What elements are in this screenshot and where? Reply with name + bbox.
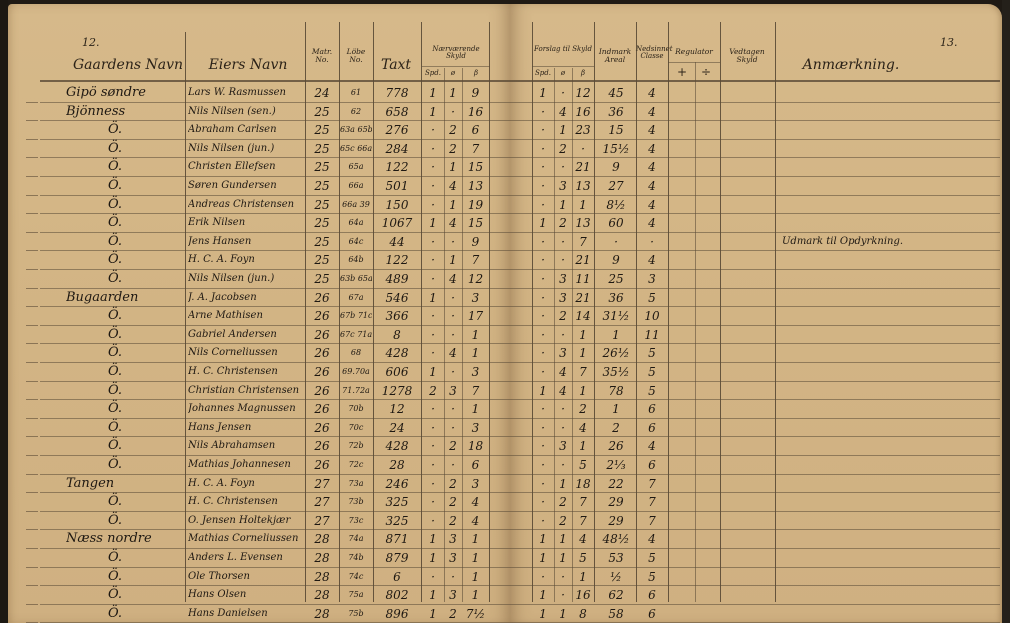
remark-cell [782,381,992,401]
matrikel-no-cell: 27 [306,492,338,512]
class-cell: 6 [636,604,668,623]
header-taxt: Taxt [372,58,420,73]
class-cell: 4 [636,529,668,549]
matrikel-no-cell: 25 [306,232,338,252]
owner-name-cell: Hans Jensen [188,418,304,438]
class-cell: 6 [636,455,668,475]
proposed-sp-cell: · [532,195,554,215]
lobe-no-cell: 64c [340,232,372,252]
header-current-skilling: β [462,70,490,77]
class-cell: 4 [636,83,668,103]
margin-tick [26,157,38,158]
class-cell: 5 [636,567,668,587]
proposed-ort-cell: 1 [554,120,572,140]
current-ort-cell: 4 [444,176,462,196]
current-skilling-cell: 13 [462,176,489,196]
proposed-ort-cell: 1 [554,548,572,568]
lobe-no-cell: 72c [340,455,372,475]
class-cell: 6 [636,399,668,419]
matrikel-no-cell: 28 [306,548,338,568]
remark-cell [782,120,992,140]
class-cell: 4 [636,213,668,233]
proposed-skilling-cell: 18 [572,474,594,494]
taxt-cell: 428 [374,343,420,363]
farm-name-cell: Ö. [66,548,184,568]
proposed-ort-cell: 4 [554,381,572,401]
owner-name-cell: Nils Nilsen (sen.) [188,102,304,122]
farm-name-cell: Gipö søndre [66,83,184,103]
current-ort-cell: · [444,567,462,587]
current-skilling-cell: 12 [462,269,489,289]
owner-name-cell: Nils Abrahamsen [188,436,304,456]
proposed-ort-cell: 2 [554,139,572,159]
taxt-cell: 8 [374,325,420,345]
binding-edge-left [0,0,8,623]
margin-tick [26,604,38,605]
current-sp-cell: · [422,306,444,326]
farm-name-cell: Ö. [66,343,184,363]
farm-name-cell: Ö. [66,139,184,159]
class-cell: 5 [636,381,668,401]
current-sp-cell: 1 [422,585,444,605]
infield-area-cell: 58 [596,604,636,623]
class-cell: 5 [636,288,668,308]
header-current-ort: ø [444,70,462,77]
taxt-cell: 896 [374,604,420,623]
infield-area-cell: 31½ [596,306,636,326]
farm-name-cell: Ö. [66,381,184,401]
infield-area-cell: 1 [596,399,636,419]
remark-cell [782,325,992,345]
farm-name-cell: Ö. [66,604,184,623]
farm-name-cell: Ö. [66,213,184,233]
lobe-no-cell: 61 [340,83,372,103]
proposed-ort-cell: 4 [554,102,572,122]
proposed-skilling-cell: 1 [572,436,594,456]
remark-cell [782,567,992,587]
class-cell: 4 [636,120,668,140]
matrikel-no-cell: 25 [306,139,338,159]
matrikel-no-cell: 28 [306,567,338,587]
current-sp-cell: 1 [422,529,444,549]
taxt-cell: 1067 [374,213,420,233]
matrikel-no-cell: 28 [306,585,338,605]
proposed-ort-cell: 2 [554,511,572,531]
infield-area-cell: ½ [596,567,636,587]
matrikel-no-cell: 26 [306,362,338,382]
proposed-ort-cell: 2 [554,213,572,233]
owner-name-cell: Søren Gundersen [188,176,304,196]
current-sp-cell: · [422,139,444,159]
owner-name-cell: Hans Danielsen [188,604,304,623]
current-skilling-cell: 1 [462,325,489,345]
farm-name-cell: Ö. [66,436,184,456]
remark-cell [782,176,992,196]
current-sp-cell: · [422,343,444,363]
proposed-skilling-cell: 11 [572,269,594,289]
matrikel-no-cell: 26 [306,399,338,419]
current-skilling-cell: 7 [462,381,489,401]
farm-name-cell: Ö. [66,567,184,587]
owner-name-cell: Arne Mathisen [188,306,304,326]
matrikel-no-cell: 26 [306,343,338,363]
owner-name-cell: H. C. A. Foyn [188,250,304,270]
margin-tick [26,250,38,251]
infield-area-cell: 45 [596,83,636,103]
infield-area-cell: 26½ [596,343,636,363]
lobe-no-cell: 67a [340,288,372,308]
proposed-sp-cell: · [532,139,554,159]
header-current-sp: Spd. [422,70,444,77]
current-sp-cell: · [422,455,444,475]
infield-area-cell: 8½ [596,195,636,215]
proposed-ort-cell: 2 [554,306,572,326]
proposed-ort-cell: 1 [554,474,572,494]
margin-tick [26,120,38,121]
proposed-sp-cell: 1 [532,604,554,623]
remark-cell [782,83,992,103]
class-cell: 7 [636,511,668,531]
infield-area-cell: 48½ [596,529,636,549]
header-remarks: Anmærkning. [776,58,926,73]
taxt-cell: 325 [374,511,420,531]
current-sp-cell: · [422,418,444,438]
margin-tick [26,325,38,326]
owner-name-cell: Lars W. Rasmussen [188,83,304,103]
current-sp-cell: 1 [422,548,444,568]
farm-name-cell: Ö. [66,250,184,270]
matrikel-no-cell: 28 [306,604,338,623]
farm-name-cell: Ö. [66,176,184,196]
lobe-no-cell: 70b [340,399,372,419]
farm-name-cell: Ö. [66,399,184,419]
current-skilling-cell: 18 [462,436,489,456]
class-cell: 4 [636,102,668,122]
taxt-cell: 802 [374,585,420,605]
current-skilling-cell: 7 [462,139,489,159]
remark-cell [782,529,992,549]
current-ort-cell: 3 [444,381,462,401]
infield-area-cell: 26 [596,436,636,456]
matrikel-no-cell: 25 [306,120,338,140]
proposed-skilling-cell: 13 [572,176,594,196]
owner-name-cell: Erik Nilsen [188,213,304,233]
header-proposed-ort: ø [554,70,572,77]
remark-cell [782,436,992,456]
proposed-ort-cell: 1 [554,604,572,623]
current-ort-cell: · [444,102,462,122]
class-cell: 4 [636,176,668,196]
class-cell: 7 [636,474,668,494]
current-ort-cell: 1 [444,157,462,177]
lobe-no-cell: 67b 71c 72a [340,306,372,326]
current-skilling-cell: 3 [462,362,489,382]
current-sp-cell: · [422,176,444,196]
proposed-ort-cell: · [554,157,572,177]
remark-cell [782,288,992,308]
header-class: Nedsinnet Classe [636,46,668,61]
current-sp-cell: · [422,195,444,215]
proposed-ort-cell: 3 [554,176,572,196]
class-cell: 4 [636,157,668,177]
proposed-ort-cell: · [554,585,572,605]
column-rule [489,22,490,602]
matrikel-no-cell: 26 [306,288,338,308]
current-skilling-cell: 15 [462,213,489,233]
current-ort-cell: · [444,325,462,345]
header-proposed-skilling: β [572,70,594,77]
lobe-no-cell: 75b [340,604,372,623]
column-rule [720,22,721,602]
remark-cell [782,585,992,605]
proposed-sp-cell: · [532,343,554,363]
current-sp-cell: 1 [422,362,444,382]
owner-name-cell: J. A. Jacobsen [188,288,304,308]
current-skilling-cell: 1 [462,343,489,363]
header-matrikel-no: Matr. No. [306,48,338,64]
current-skilling-cell: 1 [462,585,489,605]
matrikel-no-cell: 27 [306,511,338,531]
current-skilling-cell: 9 [462,232,489,252]
margin-tick [26,362,38,363]
current-ort-cell: · [444,455,462,475]
infield-area-cell: 35½ [596,362,636,382]
proposed-skilling-cell: 21 [572,288,594,308]
infield-area-cell: 2 [596,418,636,438]
infield-area-cell: 2⅓ [596,455,636,475]
current-sp-cell: · [422,567,444,587]
current-ort-cell: 2 [444,604,462,623]
current-ort-cell: · [444,399,462,419]
matrikel-no-cell: 25 [306,102,338,122]
proposed-sp-cell: · [532,325,554,345]
current-sp-cell: 1 [422,604,444,623]
class-cell: 6 [636,418,668,438]
current-ort-cell: · [444,288,462,308]
lobe-no-cell: 64b [340,250,372,270]
proposed-skilling-cell: 5 [572,455,594,475]
farm-name-cell: Ö. [66,418,184,438]
taxt-cell: 871 [374,529,420,549]
farm-name-cell: Ö. [66,325,184,345]
proposed-sp-cell: · [532,492,554,512]
taxt-cell: 366 [374,306,420,326]
farm-name-cell: Ö. [66,585,184,605]
proposed-ort-cell: 3 [554,288,572,308]
taxt-cell: 122 [374,157,420,177]
subheader-divider [668,62,720,63]
header-plus: + [672,66,692,79]
margin-tick [26,492,38,493]
column-rule [185,32,186,602]
proposed-sp-cell: · [532,120,554,140]
binding-edge-right [1002,0,1010,623]
proposed-ort-cell: · [554,399,572,419]
proposed-ort-cell: 3 [554,269,572,289]
taxt-cell: 489 [374,269,420,289]
infield-area-cell: 29 [596,492,636,512]
column-rule [775,22,776,602]
lobe-no-cell: 66a [340,176,372,196]
current-sp-cell: 1 [422,213,444,233]
remark-cell [782,455,992,475]
taxt-cell: 428 [374,436,420,456]
proposed-skilling-cell: 4 [572,529,594,549]
matrikel-no-cell: 25 [306,213,338,233]
proposed-sp-cell: · [532,455,554,475]
owner-name-cell: Mathias Corneliussen [188,529,304,549]
proposed-sp-cell: 1 [532,529,554,549]
proposed-skilling-cell: 4 [572,418,594,438]
lobe-no-cell: 70c [340,418,372,438]
owner-name-cell: Anders L. Evensen [188,548,304,568]
infield-area-cell: 29 [596,511,636,531]
current-sp-cell: · [422,492,444,512]
current-skilling-cell: 4 [462,511,489,531]
proposed-ort-cell: 1 [554,195,572,215]
owner-name-cell: Mathias Johannesen [188,455,304,475]
owner-name-cell: Jens Hansen [188,232,304,252]
class-cell: 4 [636,195,668,215]
current-skilling-cell: 16 [462,102,489,122]
matrikel-no-cell: 28 [306,529,338,549]
lobe-no-cell: 71.72a [340,381,372,401]
infield-area-cell: 36 [596,102,636,122]
remark-cell [782,399,992,419]
farm-name-cell: Ö. [66,269,184,289]
proposed-sp-cell: · [532,567,554,587]
proposed-sp-cell: · [532,511,554,531]
proposed-skilling-cell: 5 [572,548,594,568]
proposed-sp-cell: · [532,362,554,382]
farm-name-cell: Ö. [66,511,184,531]
farm-name-cell: Ö. [66,157,184,177]
infield-area-cell: 9 [596,157,636,177]
margin-tick [26,102,38,103]
proposed-skilling-cell: 1 [572,343,594,363]
owner-name-cell: Ole Thorsen [188,567,304,587]
proposed-ort-cell: · [554,567,572,587]
remark-cell: Udmark til Opdyrkning. [782,232,992,252]
proposed-skilling-cell: 1 [572,195,594,215]
owner-name-cell: Christian Christensen [188,381,304,401]
proposed-skilling-cell: 13 [572,213,594,233]
matrikel-no-cell: 26 [306,381,338,401]
current-ort-cell: 1 [444,195,462,215]
current-skilling-cell: 15 [462,157,489,177]
proposed-sp-cell: · [532,418,554,438]
header-current-tax: Nærværende Skyld [422,46,490,61]
farm-name-cell: Ö. [66,362,184,382]
proposed-skilling-cell: 14 [572,306,594,326]
proposed-ort-cell: · [554,325,572,345]
infield-area-cell: 53 [596,548,636,568]
current-skilling-cell: 3 [462,474,489,494]
owner-name-cell: Andreas Christensen [188,195,304,215]
proposed-sp-cell: · [532,232,554,252]
class-cell: 5 [636,362,668,382]
lobe-no-cell: 63a 65b 66c [340,120,372,140]
class-cell: 5 [636,343,668,363]
remark-cell [782,604,992,623]
farm-name-cell: Ö. [66,492,184,512]
header-lobe-no: Löbe No. [340,48,372,64]
current-skilling-cell: 1 [462,399,489,419]
taxt-cell: 284 [374,139,420,159]
page-number-right: 13. [940,36,958,49]
owner-name-cell: Abraham Carlsen [188,120,304,140]
proposed-sp-cell: 1 [532,213,554,233]
owner-name-cell: H. C. A. Foyn [188,474,304,494]
remark-cell [782,362,992,382]
matrikel-no-cell: 25 [306,250,338,270]
current-skilling-cell: 7½ [462,604,489,623]
proposed-skilling-cell: 1 [572,325,594,345]
class-cell: 3 [636,269,668,289]
taxt-cell: 44 [374,232,420,252]
header-adopted-tax: Vedtagen Skyld [720,48,774,64]
current-ort-cell: · [444,232,462,252]
remark-cell [782,269,992,289]
proposed-sp-cell: 1 [532,585,554,605]
lobe-no-cell: 74b [340,548,372,568]
proposed-ort-cell: 2 [554,492,572,512]
infield-area-cell: 60 [596,213,636,233]
current-sp-cell: · [422,399,444,419]
proposed-ort-cell: 4 [554,362,572,382]
farm-name-cell: Ö. [66,455,184,475]
current-ort-cell: 2 [444,139,462,159]
farm-name-cell: Bugaarden [66,288,184,308]
margin-tick [26,511,38,512]
header-infield-area: Indmark Areal [594,48,636,64]
current-ort-cell: · [444,306,462,326]
current-ort-cell: 3 [444,529,462,549]
infield-area-cell: 22 [596,474,636,494]
current-skilling-cell: 4 [462,492,489,512]
farm-name-cell: Bjönness [66,102,184,122]
owner-name-cell: H. C. Christensen [188,492,304,512]
margin-tick [26,195,38,196]
proposed-sp-cell: 1 [532,381,554,401]
owner-name-cell: H. C. Christensen [188,362,304,382]
class-cell: 10 [636,306,668,326]
current-ort-cell: 2 [444,492,462,512]
proposed-sp-cell: · [532,399,554,419]
current-sp-cell: 1 [422,83,444,103]
current-sp-cell: · [422,120,444,140]
proposed-sp-cell: · [532,250,554,270]
proposed-skilling-cell: 21 [572,157,594,177]
class-cell: 4 [636,436,668,456]
remark-cell [782,492,992,512]
lobe-no-cell: 75a [340,585,372,605]
current-ort-cell: · [444,418,462,438]
proposed-ort-cell: · [554,418,572,438]
proposed-skilling-cell: · [572,139,594,159]
remark-cell [782,250,992,270]
current-sp-cell: · [422,511,444,531]
margin-tick [26,232,38,233]
infield-area-cell: 15 [596,120,636,140]
farm-name-cell: Ö. [66,306,184,326]
matrikel-no-cell: 25 [306,269,338,289]
proposed-ort-cell: · [554,83,572,103]
farm-name-cell: Ö. [66,232,184,252]
infield-area-cell: 78 [596,381,636,401]
margin-tick [26,343,38,344]
proposed-sp-cell: 1 [532,548,554,568]
